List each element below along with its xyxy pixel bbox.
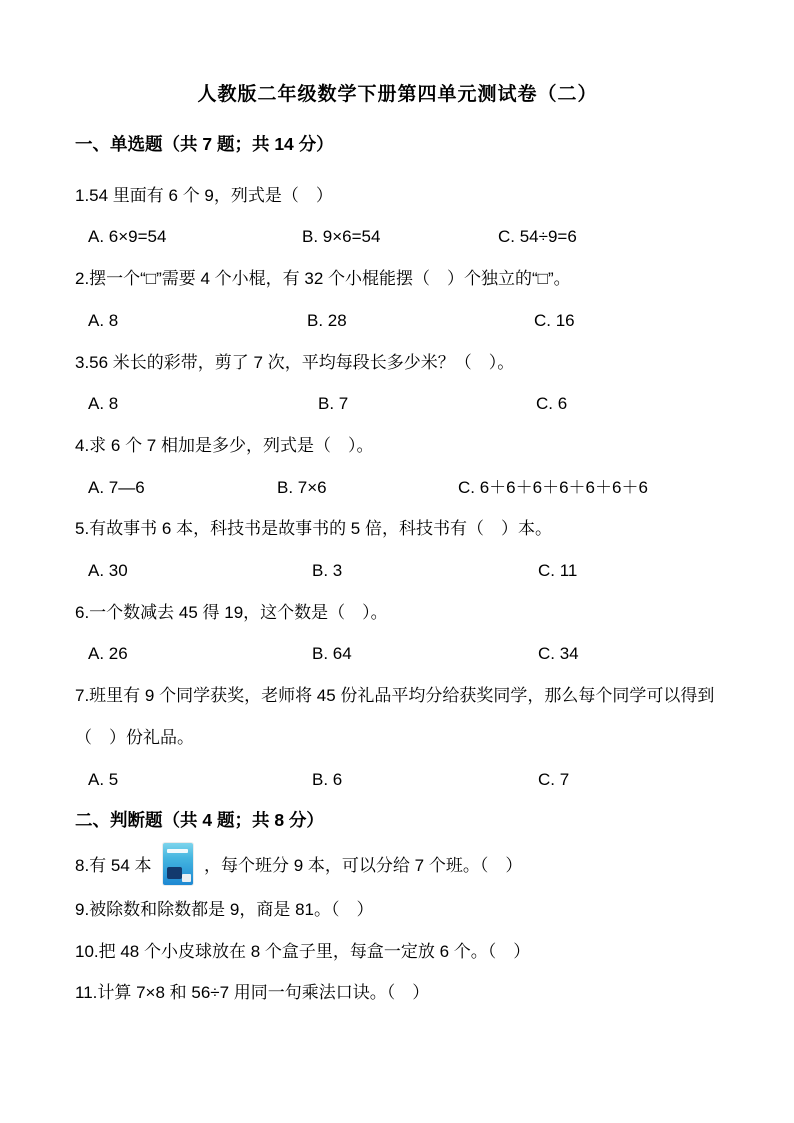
question-6-options: A. 26 B. 64 C. 34 xyxy=(75,633,720,675)
question-5-option-c: C. 11 xyxy=(538,550,720,592)
question-1-option-c: C. 54÷9=6 xyxy=(498,216,720,258)
question-1-option-a: A. 6×9=54 xyxy=(88,216,302,258)
question-5-option-a: A. 30 xyxy=(88,550,312,592)
question-5-option-b: B. 3 xyxy=(312,550,538,592)
question-2-options: A. 8 B. 28 C. 16 xyxy=(75,300,720,342)
question-1-option-b: B. 9×6=54 xyxy=(302,216,498,258)
question-9-text: 9.被除数和除数都是 9，商是 81。（ ） xyxy=(75,889,720,931)
question-7-text: 7.班里有 9 个同学获奖，老师将 45 份礼品平均分给获奖同学，那么每个同学可… xyxy=(75,675,720,758)
question-8-text: 8.有 54 本 ，每个班分 9 本，可以分给 7 个班。（ ） xyxy=(75,842,720,889)
question-6-option-c: C. 34 xyxy=(538,633,720,675)
question-4-option-b: B. 7×6 xyxy=(277,467,458,509)
test-paper-page: 人教版二年级数学下册第四单元测试卷（二） 一、单选题（共 7 题；共 14 分）… xyxy=(0,0,794,1123)
book-corner-shape xyxy=(182,874,191,882)
question-2-option-c: C. 16 xyxy=(534,300,720,342)
question-8-text-after: ，每个班分 9 本，可以分给 7 个班。（ ） xyxy=(204,856,522,875)
question-3-option-c: C. 6 xyxy=(536,383,720,425)
question-5-options: A. 30 B. 3 C. 11 xyxy=(75,550,720,592)
section-2-heading: 二、判断题（共 4 题；共 8 分） xyxy=(75,800,720,842)
question-3-text: 3.56 米长的彩带，剪了 7 次，平均每段长多少米？（ ）。 xyxy=(75,342,720,384)
question-5-text: 5.有故事书 6 本，科技书是故事书的 5 倍，科技书有（ ）本。 xyxy=(75,508,720,550)
book-figure-shape xyxy=(167,867,182,879)
question-10-text: 10.把 48 个小皮球放在 8 个盒子里，每盒一定放 6 个。（ ） xyxy=(75,931,720,973)
page-title: 人教版二年级数学下册第四单元测试卷（二） xyxy=(75,82,720,108)
question-3-option-a: A. 8 xyxy=(88,383,318,425)
question-6-option-b: B. 64 xyxy=(312,633,538,675)
question-4-option-c: C. 6＋6＋6＋6＋6＋6＋6 xyxy=(458,467,720,509)
question-6-option-a: A. 26 xyxy=(88,633,312,675)
question-4-text: 4.求 6 个 7 相加是多少，列式是（ ）。 xyxy=(75,425,720,467)
question-11-text: 11.计算 7×8 和 56÷7 用同一句乘法口诀。（ ） xyxy=(75,972,720,1014)
section-1-heading: 一、单选题（共 7 题；共 14 分） xyxy=(75,124,720,166)
question-3-options: A. 8 B. 7 C. 6 xyxy=(75,383,720,425)
textbook-cover-icon xyxy=(163,843,193,885)
question-2-option-b: B. 28 xyxy=(307,300,534,342)
question-6-text: 6.一个数减去 45 得 19，这个数是（ ）。 xyxy=(75,592,720,634)
question-7-option-b: B. 6 xyxy=(312,759,538,801)
question-4-options: A. 7—6 B. 7×6 C. 6＋6＋6＋6＋6＋6＋6 xyxy=(75,467,720,509)
question-3-option-b: B. 7 xyxy=(318,383,536,425)
question-7-option-c: C. 7 xyxy=(538,759,720,801)
question-8-text-before: 8.有 54 本 xyxy=(75,856,152,875)
question-7-options: A. 5 B. 6 C. 7 xyxy=(75,759,720,801)
question-2-option-a: A. 8 xyxy=(88,300,307,342)
question-4-option-a: A. 7—6 xyxy=(88,467,277,509)
question-1-text: 1.54 里面有 6 个 9，列式是（ ） xyxy=(75,175,720,217)
question-7-option-a: A. 5 xyxy=(88,759,312,801)
question-2-text: 2.摆一个“□”需要 4 个小棍，有 32 个小棍能摆（ ）个独立的“□”。 xyxy=(75,258,720,300)
book-title-band xyxy=(167,849,188,853)
question-1-options: A. 6×9=54 B. 9×6=54 C. 54÷9=6 xyxy=(75,216,720,258)
